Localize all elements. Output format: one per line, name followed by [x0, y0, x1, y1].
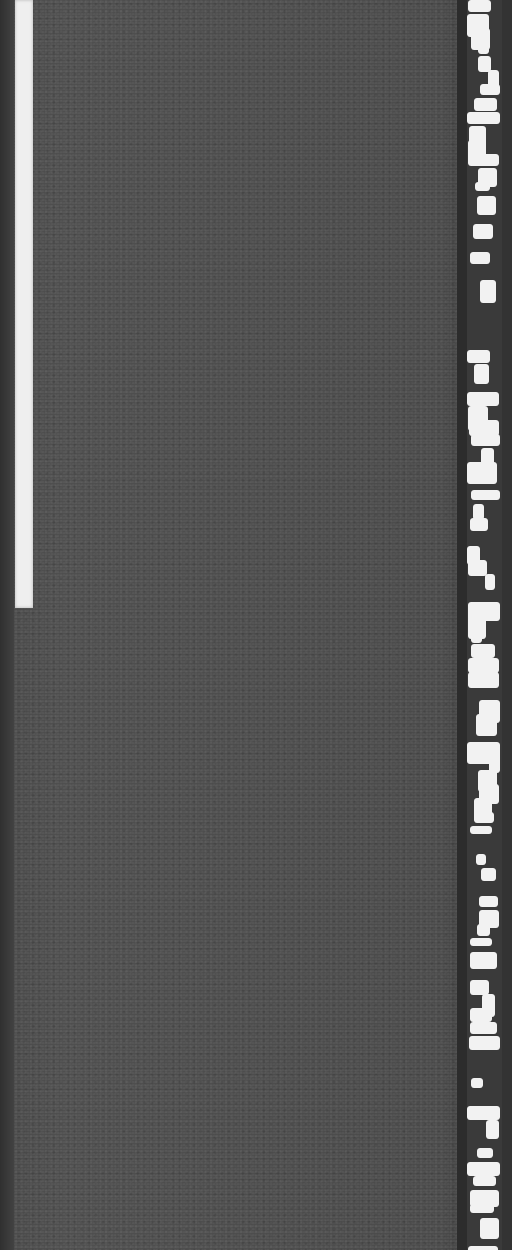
- worn-marking-patch: [481, 812, 494, 823]
- worn-marking-patch: [471, 1078, 483, 1088]
- worn-marking-patch: [473, 224, 493, 239]
- worn-marking-patch: [486, 1120, 499, 1139]
- worn-marking-patch: [480, 84, 500, 95]
- road-right-edge: [502, 0, 512, 1250]
- worn-marking-patch: [468, 672, 499, 688]
- worn-marking-patch: [477, 1148, 493, 1158]
- worn-marking-patch: [475, 182, 490, 191]
- worn-marking-patch: [481, 868, 496, 881]
- worn-marking-patch: [471, 490, 500, 500]
- worn-marking-patch: [467, 392, 499, 406]
- worn-marking-patch: [477, 924, 490, 936]
- worn-marking-patch: [467, 1106, 500, 1120]
- worn-marking-patch: [471, 434, 500, 446]
- worn-marking-patch: [474, 364, 489, 384]
- worn-marking-patch: [469, 1036, 500, 1050]
- worn-marking-patch: [468, 1246, 498, 1250]
- worn-marking-patch: [467, 1162, 500, 1176]
- solid-white-lane-line: [15, 0, 33, 608]
- worn-marking-patch: [478, 42, 489, 54]
- worn-marking-patch: [467, 112, 500, 124]
- worn-marking-patch: [468, 560, 487, 576]
- worn-marking-patch: [470, 1204, 494, 1213]
- worn-marking-patch: [468, 658, 499, 673]
- worn-marking-patch: [470, 826, 492, 834]
- worn-marking-patch: [471, 644, 495, 658]
- worn-marking-patch: [468, 476, 478, 484]
- worn-marking-patch: [470, 938, 492, 946]
- shoulder-seam: [457, 0, 467, 1250]
- worn-marking-patch: [468, 0, 491, 12]
- road-left-edge: [0, 0, 14, 1250]
- worn-marking-patch: [477, 196, 496, 215]
- worn-marking-patch: [470, 518, 488, 531]
- worn-marking-patch: [470, 1008, 492, 1022]
- worn-marking-patch: [476, 714, 497, 736]
- worn-marking-patch: [476, 854, 486, 865]
- worn-marking-patch: [470, 952, 497, 969]
- worn-marking-patch: [479, 896, 498, 907]
- worn-marking-patch: [468, 154, 499, 166]
- worn-marking-patch: [480, 1218, 499, 1239]
- worn-marking-patch: [480, 280, 496, 303]
- worn-marking-patch: [470, 980, 489, 995]
- worn-marking-patch: [467, 350, 490, 363]
- worn-marking-patch: [485, 574, 495, 590]
- worn-marking-patch: [473, 1176, 496, 1186]
- worn-marking-patch: [471, 630, 482, 643]
- road-photo: [0, 0, 512, 1250]
- worn-marking-patch: [474, 98, 497, 111]
- worn-marking-patch: [470, 1022, 497, 1034]
- worn-marking-patch: [470, 252, 490, 264]
